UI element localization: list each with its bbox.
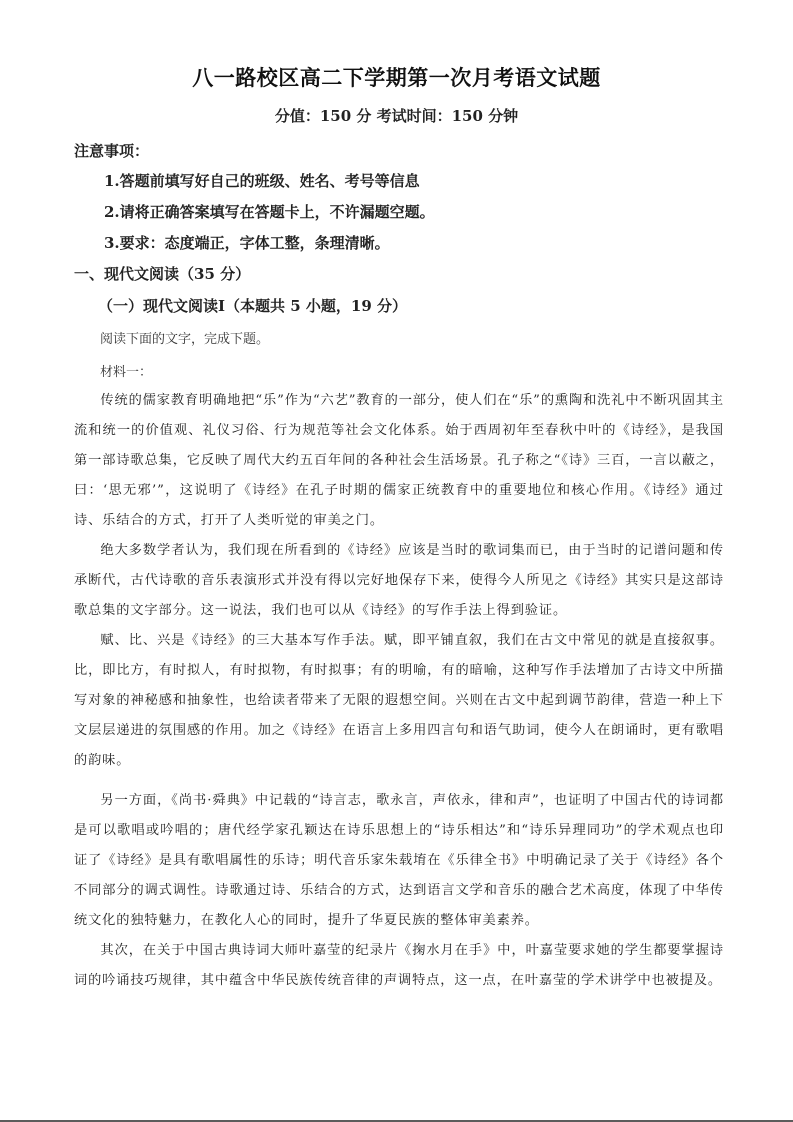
passage-body: 其次，在关于中国古典诗词大师叶嘉莹的纪录片《掬水月在手》中，叶嘉莹要求她的学生都… [74,936,724,996]
passage-body: 赋、比、兴是《诗经》的三大基本写作手法。赋，即平铺直叙，我们在古文中常见的就是直… [74,626,724,776]
score-and-time: 分值：150 分 考试时间：150 分钟 [0,105,793,126]
paragraph: 绝大多数学者认为，我们现在所看到的《诗经》应该是当时的歌词集而已，由于当时的记谱… [74,536,724,626]
paragraph: 传统的儒家教育明确地把“乐”作为“六艺”教育的一部分，使人们在“乐”的熏陶和洗礼… [74,386,724,536]
section-heading: 一、现代文阅读（35 分） [74,263,250,284]
passage-body: 传统的儒家教育明确地把“乐”作为“六艺”教育的一部分，使人们在“乐”的熏陶和洗礼… [74,386,724,536]
page-title: 八一路校区高二下学期第一次月考语文试题 [0,62,793,92]
notice-heading: 注意事项： [74,140,149,161]
material-label: 材料一： [100,361,152,380]
reading-instruction: 阅读下面的文字，完成下题。 [100,328,269,347]
notice-item: 2.请将正确答案填写在答题卡上，不许漏题空题。 [104,201,435,222]
notice-item: 1.答题前填写好自己的班级、姓名、考号等信息 [104,170,420,191]
paragraph: 赋、比、兴是《诗经》的三大基本写作手法。赋，即平铺直叙，我们在古文中常见的就是直… [74,626,724,776]
passage-body: 绝大多数学者认为，我们现在所看到的《诗经》应该是当时的歌词集而已，由于当时的记谱… [74,536,724,626]
notice-item: 3.要求：态度端正，字体工整，条理清晰。 [104,232,390,253]
paragraph: 其次，在关于中国古典诗词大师叶嘉莹的纪录片《掬水月在手》中，叶嘉莹要求她的学生都… [74,936,724,996]
passage-body: 另一方面，《尚书·舜典》中记载的“诗言志，歌永言，声依永，律和声”，也证明了中国… [74,786,724,936]
document-page: 八一路校区高二下学期第一次月考语文试题 分值：150 分 考试时间：150 分钟… [0,0,793,1120]
paragraph: 另一方面，《尚书·舜典》中记载的“诗言志，歌永言，声依永，律和声”，也证明了中国… [74,786,724,936]
subsection-heading: （一）现代文阅读Ⅰ（本题共 5 小题，19 分） [98,295,407,316]
